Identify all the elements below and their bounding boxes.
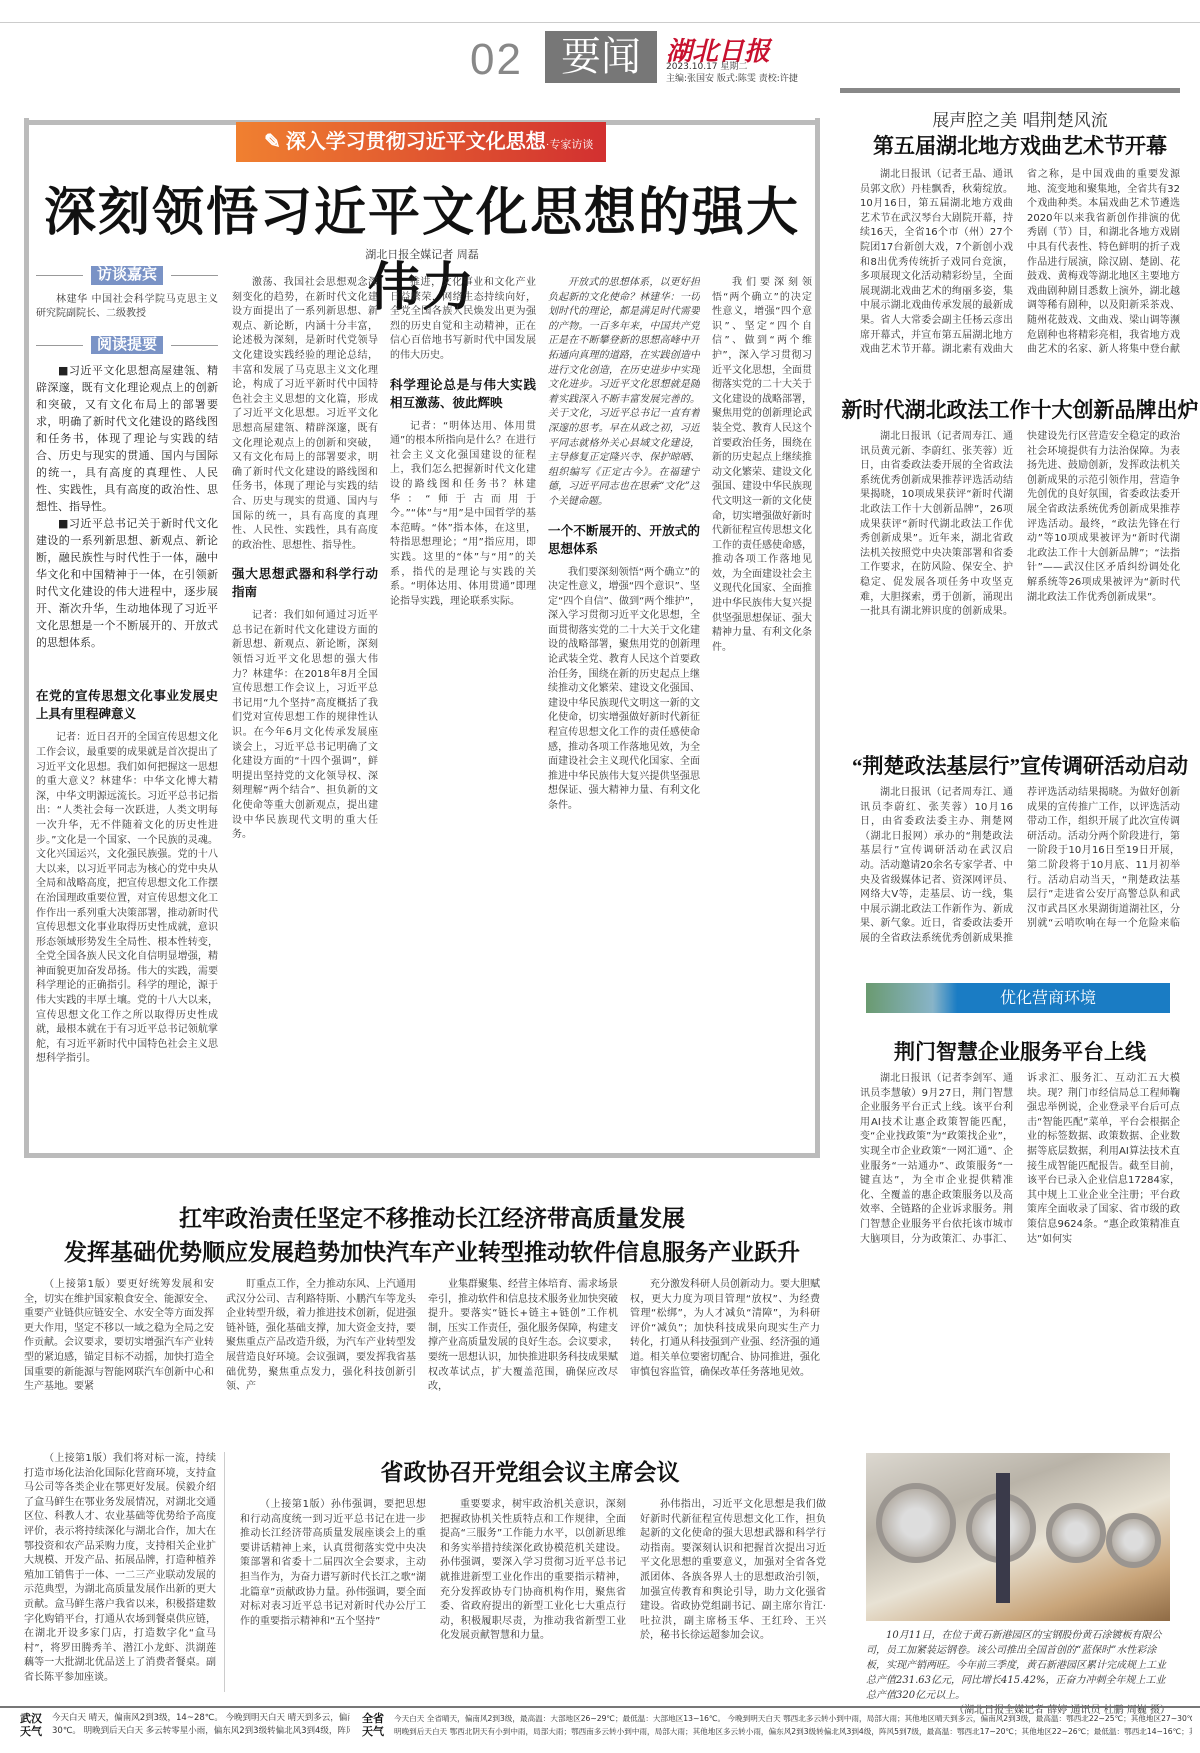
story1-headline: 第五届湖北地方戏曲艺术节开幕	[840, 130, 1200, 160]
steel-coil-photo	[866, 1453, 1170, 1621]
province-forecast-2: 明晚到后天白天 鄂西北阴天有小到中雨，局部大雨；鄂西南多云转小到中雨，局部大雨；…	[394, 1725, 1192, 1738]
feature-column-4: 开放式的思想体系，以更好担负起新的文化使命？林建华：一切划时代的理论，都是满足时…	[548, 276, 700, 1146]
province-forecast-1: 今天白天 全省晴天，偏南风2到3级，最高温：大部地区26~29℃；最低温：大部地…	[394, 1712, 1192, 1725]
middle-column-3: 业集群聚集、经营主体培育、需求场景牵引，推动软件和信息技术服务业加快突破提升。要…	[428, 1278, 618, 1438]
worker-figure	[996, 1473, 1010, 1603]
story4-headline: 荆门智慧企业服务平台上线	[840, 1036, 1200, 1066]
wuhan-forecast-1: 今天白天 晴天，偏南风2到3级，14~28℃。 今晚到明天白天 晴天到多云，偏南…	[52, 1712, 350, 1725]
summary-point-2: ■习近平总书记关于新时代文化建设的一系列新思想、新观点、新论断，融民族性与时代性…	[36, 515, 218, 651]
wuhan-forecast-2: 30℃。 明晚到后天白天 多云转零星小雨，偏东风2到3级转偏北风3到4级，阵风5…	[52, 1725, 350, 1738]
body-text: 我们要深刻领悟“两个确立”的决定性意义，增强“四个意识”、坚定“四个自信”、做到…	[712, 276, 812, 655]
cppcc-column-2: 重要要求，树牢政治机关意识，深刻把握政协机关性质特点和工作规律，全面提高“三服务…	[440, 1498, 626, 1694]
story2-body: 湖北日报讯（记者周寿江、通讯员黄元新、李蔚红、张芙蓉）近日，由省委政法委开展的全…	[860, 430, 1180, 720]
feature-kicker-banner: ✎ 深入学习贯彻习近平文化思想·专家访谈	[236, 122, 606, 162]
issue-date: 2023.10.17 星期二	[666, 61, 798, 73]
story1-subtitle: 展声腔之美 唱荆楚风流	[840, 106, 1200, 131]
body-text: 推进，文化事业和文化产业日益繁荣，网络生态持续向好，全党全国各族人民焕发出更为强…	[390, 276, 536, 364]
masthead: 02 要闻 湖北日报 2023.10.17 星期二 主编:张国安 版式:陈雯 责…	[0, 22, 1200, 80]
feature-column-1: 访谈嘉宾 林建华 中国社会科学院马克思主义研究院副院长、二级教授 阅读提要 ■习…	[36, 258, 218, 1148]
body-text: 记者：近日召开的全国宣传思想文化工作会议，最重要的成果就是首次提出了习近平文化思…	[36, 731, 218, 1067]
middle-headline-2: 发挥基础优势顺应发展趋势加快汽车产业转型推动软件信息服务产业跃升	[24, 1234, 840, 1267]
story3-body: 湖北日报讯（记者周寿江、通讯员李蔚红、张芙蓉）10月16日，由省委政法委主办、荆…	[860, 786, 1180, 956]
editor-credits: 主编:张国安 版式:陈雯 责校:许捷	[666, 73, 798, 85]
story1-body: 湖北日报讯（记者王晶、通讯员郭文欣）丹桂飘香，秋菊绽放。10月16日，第五届湖北…	[860, 168, 1180, 364]
subhead-3: 科学理论总是与伟大实践相互激荡、彼此辉映	[390, 376, 536, 412]
feature-column-3: 推进，文化事业和文化产业日益繁荣，网络生态持续向好，全党全国各族人民焕发出更为强…	[390, 276, 536, 1146]
cppcc-column-1: （上接第1版）孙伟强调，要把思想和行动高度统一到习近平总书记在进一步推动长江经济…	[240, 1498, 426, 1694]
weather-bar: 武汉天气 今天白天 晴天，偏南风2到3级，14~28℃。 今晚到明天白天 晴天到…	[0, 1706, 1200, 1712]
guest-info: 林建华 中国社会科学院马克思主义研究院副院长、二级教授	[36, 293, 218, 322]
photo-caption: 10月11日，在位于黄石新港园区的宝钢股份黄石涂镀板有限公司，员工加紧装运钢卷。…	[866, 1628, 1170, 1718]
wuhan-weather: 武汉天气 今天白天 晴天，偏南风2到3级，14~28℃。 今晚到明天白天 晴天到…	[20, 1712, 350, 1738]
kicker-text: 深入学习贯彻习近平文化思想	[286, 131, 546, 153]
hema-continuation: （上接第1版）我们将对标一流，持续打造市场化法治化国际化营商环境，支持盒马公司等…	[24, 1452, 216, 1692]
business-environment-banner: 优化营商环境	[866, 983, 1170, 1013]
feature-column-2: 激荡、我国社会思想观念深刻变化的趋势，在新时代文化建设方面提出了一系列新思想、新…	[232, 276, 378, 1146]
section-label: 要闻	[545, 31, 657, 83]
body-text: 我们要深刻领悟“两个确立”的决定性意义，增强“四个意识”、坚定“四个自信”、做到…	[548, 566, 700, 814]
story2-headline: 新时代湖北政法工作十大创新品牌出炉	[840, 394, 1200, 424]
subhead-1: 在党的宣传思想文化事业发展史上具有里程碑意义	[36, 687, 218, 723]
summary-section-title: 阅读提要	[36, 336, 218, 355]
cppcc-headline: 省政协召开党组会议主席会议	[230, 1454, 830, 1487]
right-top-bar	[840, 88, 1180, 93]
kicker-suffix: ·专家访谈	[546, 139, 594, 151]
middle-column-4: 充分激发科研人员创新动力。要大胆赋权，更大力度为项目管理“放权”、为经费管理“松…	[630, 1278, 820, 1438]
middle-column-2: 盯重点工作，全力推动东风、上汽通用武汉分公司、吉利路特斯、小鹏汽车等龙头企业转型…	[226, 1278, 416, 1438]
dateline: 2023.10.17 星期二 主编:张国安 版式:陈雯 责校:许捷	[666, 61, 798, 85]
body-text: 开放式的思想体系，以更好担负起新的文化使命？林建华：一切划时代的理论，都是满足时…	[548, 276, 700, 510]
province-weather: 全省天气 今天白天 全省晴天，偏南风2到3级，最高温：大部地区26~29℃；最低…	[362, 1712, 1192, 1738]
body-text: 记者：“明体达用、体用贯通”的根本所指向是什么？在进行社会主义文化强国建设的征程…	[390, 420, 536, 610]
page-number: 02	[470, 35, 523, 85]
guest-section-title: 访谈嘉宾	[36, 266, 218, 285]
story4-body: 湖北日报讯（记者李剑军、通讯员李慧敏）9月27日，荆门智慧企业服务平台正式上线。…	[860, 1072, 1180, 1444]
body-text: 激荡、我国社会思想观念深刻变化的趋势，在新时代文化建设方面提出了一系列新思想、新…	[232, 276, 378, 553]
subhead-2: 强大思想武器和科学行动指南	[232, 565, 378, 601]
pen-icon: ✎	[264, 131, 286, 153]
subhead-4: 一个不断展开的、开放式的思想体系	[548, 522, 700, 558]
feature-column-5: 我们要深刻领悟“两个确立”的决定性意义，增强“四个意识”、坚定“四个自信”、做到…	[712, 276, 812, 1146]
story3-headline: “荆楚政法基层行”宣传调研活动启动	[840, 750, 1200, 780]
summary-point-1: ■习近平文化思想高屋建瓴、精辟深邃，既有文化理论观点上的创新和突破，又有文化布局…	[36, 362, 218, 515]
middle-column-1: （上接第1版）要更好统筹发展和安全，切实在维护国家粮食安全、能源安全、重要产业链…	[24, 1278, 214, 1438]
body-text: 记者：我们如何通过习近平总书记在新时代文化建设方面的新思想、新观点、新论断，深刻…	[232, 609, 378, 843]
column-divider	[224, 1452, 225, 1692]
middle-headline-1: 扛牢政治责任坚定不移推动长江经济带高质量发展	[24, 1200, 840, 1233]
cppcc-column-3: 孙伟指出，习近平文化思想是我们做好新时代新征程宣传思想文化工作，担负起新的文化使…	[640, 1498, 826, 1694]
